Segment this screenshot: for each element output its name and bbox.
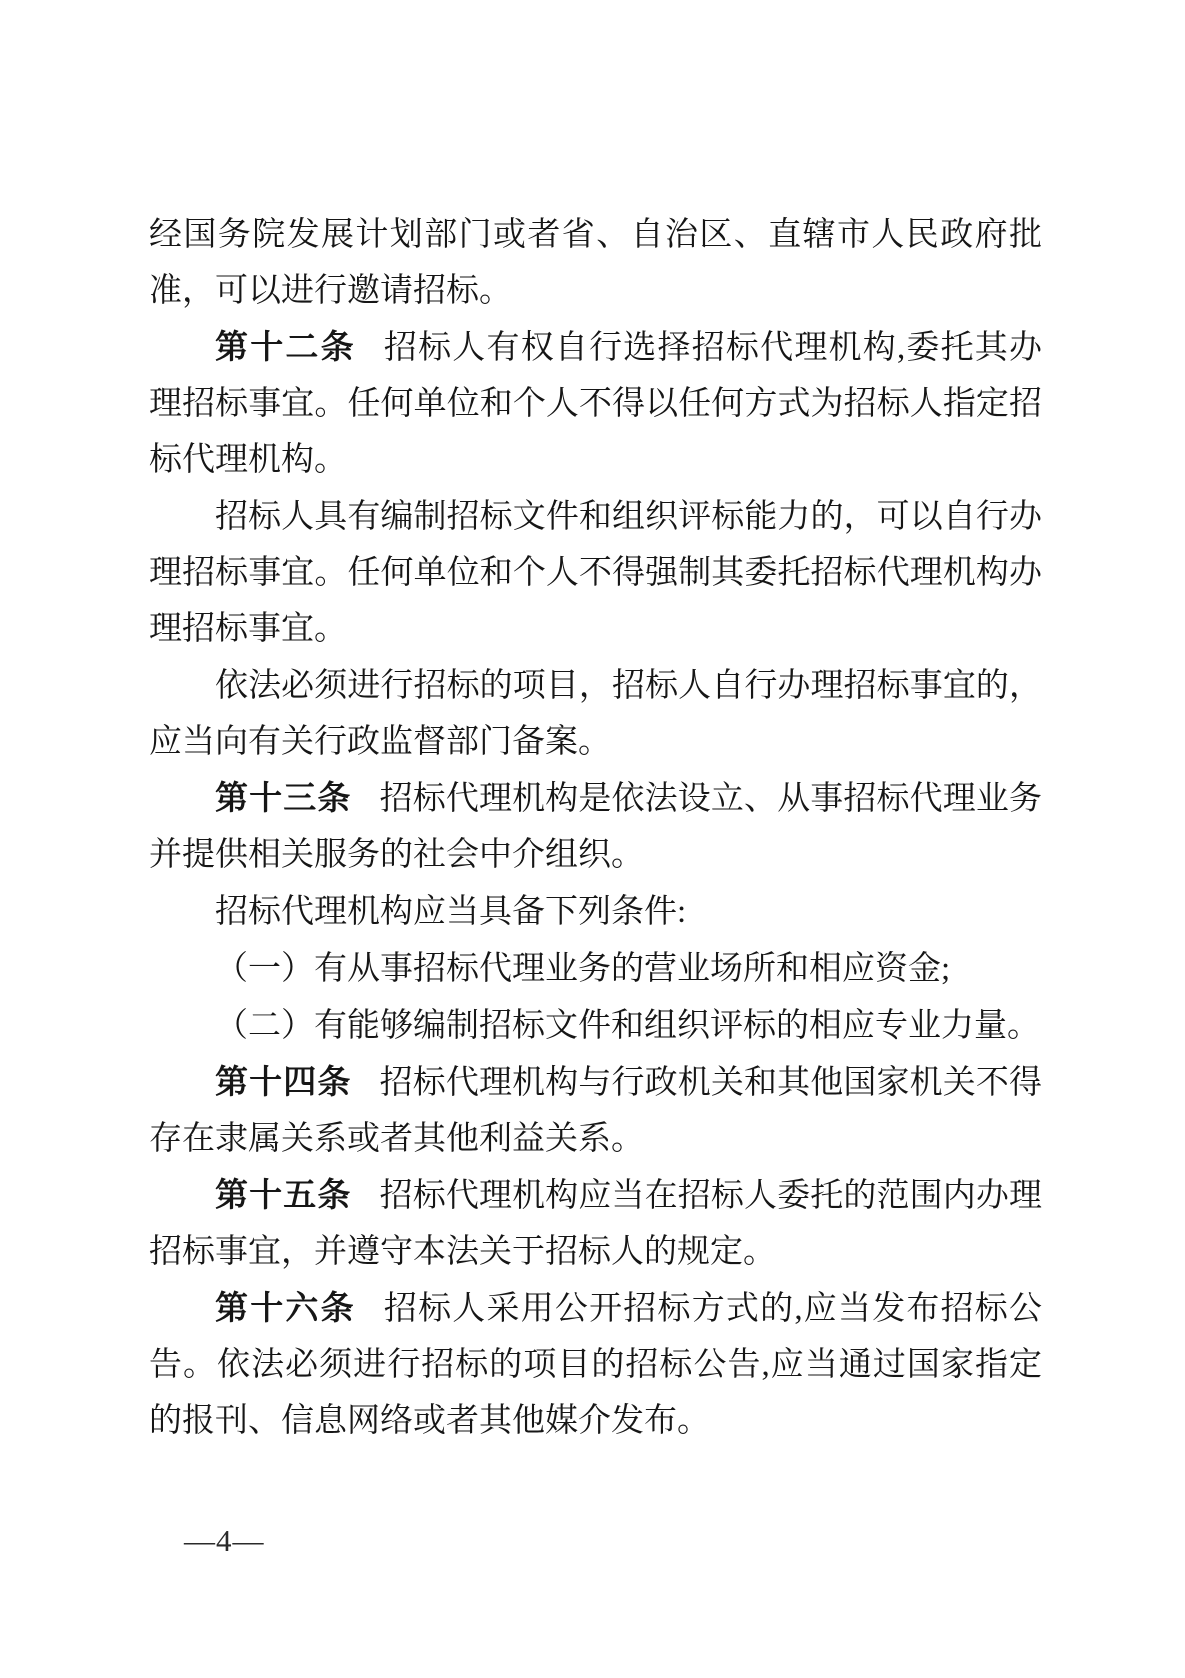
page-number: —4— <box>184 1524 265 1558</box>
article-number: 第十五条 <box>215 1176 352 1213</box>
paragraph-text: （二）有能够编制招标文件和组织评标的相应专业力量。 <box>215 1008 1040 1044</box>
document-page: 经国务院发展计划部门或者省、自治区、直辖市人民政府批准，可以进行邀请招标。 第十… <box>0 0 1185 1678</box>
article-number: 第十三条 <box>215 779 352 816</box>
article-number: 第十二条 <box>215 328 356 365</box>
paragraph-article-12-clause-2: 招标人具有编制招标文件和组织评标能力的，可以自行办理招标事宜。任何单位和个人不得… <box>149 488 1042 657</box>
paragraph-article-14: 第十四条招标代理机构与行政机关和其他国家机关不得存在隶属关系或者其他利益关系。 <box>149 1054 1042 1167</box>
paragraph-article-13-conditions-intro: 招标代理机构应当具备下列条件: <box>149 883 1042 940</box>
paragraph-text: （一）有从事招标代理业务的营业场所和相应资金; <box>215 951 950 987</box>
paragraph-text: 招标人具有编制招标文件和组织评标能力的，可以自行办理招标事宜。任何单位和个人不得… <box>149 499 1042 647</box>
paragraph-text: 经国务院发展计划部门或者省、自治区、直辖市人民政府批准，可以进行邀请招标。 <box>149 217 1042 309</box>
paragraph-article-13: 第十三条招标代理机构是依法设立、从事招标代理业务并提供相关服务的社会中介组织。 <box>149 770 1042 883</box>
paragraph-continuation: 经国务院发展计划部门或者省、自治区、直辖市人民政府批准，可以进行邀请招标。 <box>149 206 1042 319</box>
paragraph-article-12: 第十二条招标人有权自行选择招标代理机构,委托其办理招标事宜。任何单位和个人不得以… <box>149 319 1042 488</box>
paragraph-article-12-clause-3: 依法必须进行招标的项目，招标人自行办理招标事宜的，应当向有关行政监督部门备案。 <box>149 657 1042 770</box>
paragraph-condition-item-1: （一）有从事招标代理业务的营业场所和相应资金; <box>149 940 1042 997</box>
document-body: 经国务院发展计划部门或者省、自治区、直辖市人民政府批准，可以进行邀请招标。 第十… <box>149 206 1042 1449</box>
paragraph-article-16: 第十六条招标人采用公开招标方式的,应当发布招标公告。依法必须进行招标的项目的招标… <box>149 1280 1042 1449</box>
paragraph-article-15: 第十五条招标代理机构应当在招标人委托的范围内办理招标事宜，并遵守本法关于招标人的… <box>149 1167 1042 1280</box>
article-number: 第十四条 <box>215 1063 352 1100</box>
paragraph-text: 依法必须进行招标的项目，招标人自行办理招标事宜的，应当向有关行政监督部门备案。 <box>149 668 1042 760</box>
paragraph-condition-item-2: （二）有能够编制招标文件和组织评标的相应专业力量。 <box>149 997 1042 1054</box>
paragraph-text: 招标代理机构应当具备下列条件: <box>215 894 686 930</box>
article-number: 第十六条 <box>215 1289 356 1326</box>
